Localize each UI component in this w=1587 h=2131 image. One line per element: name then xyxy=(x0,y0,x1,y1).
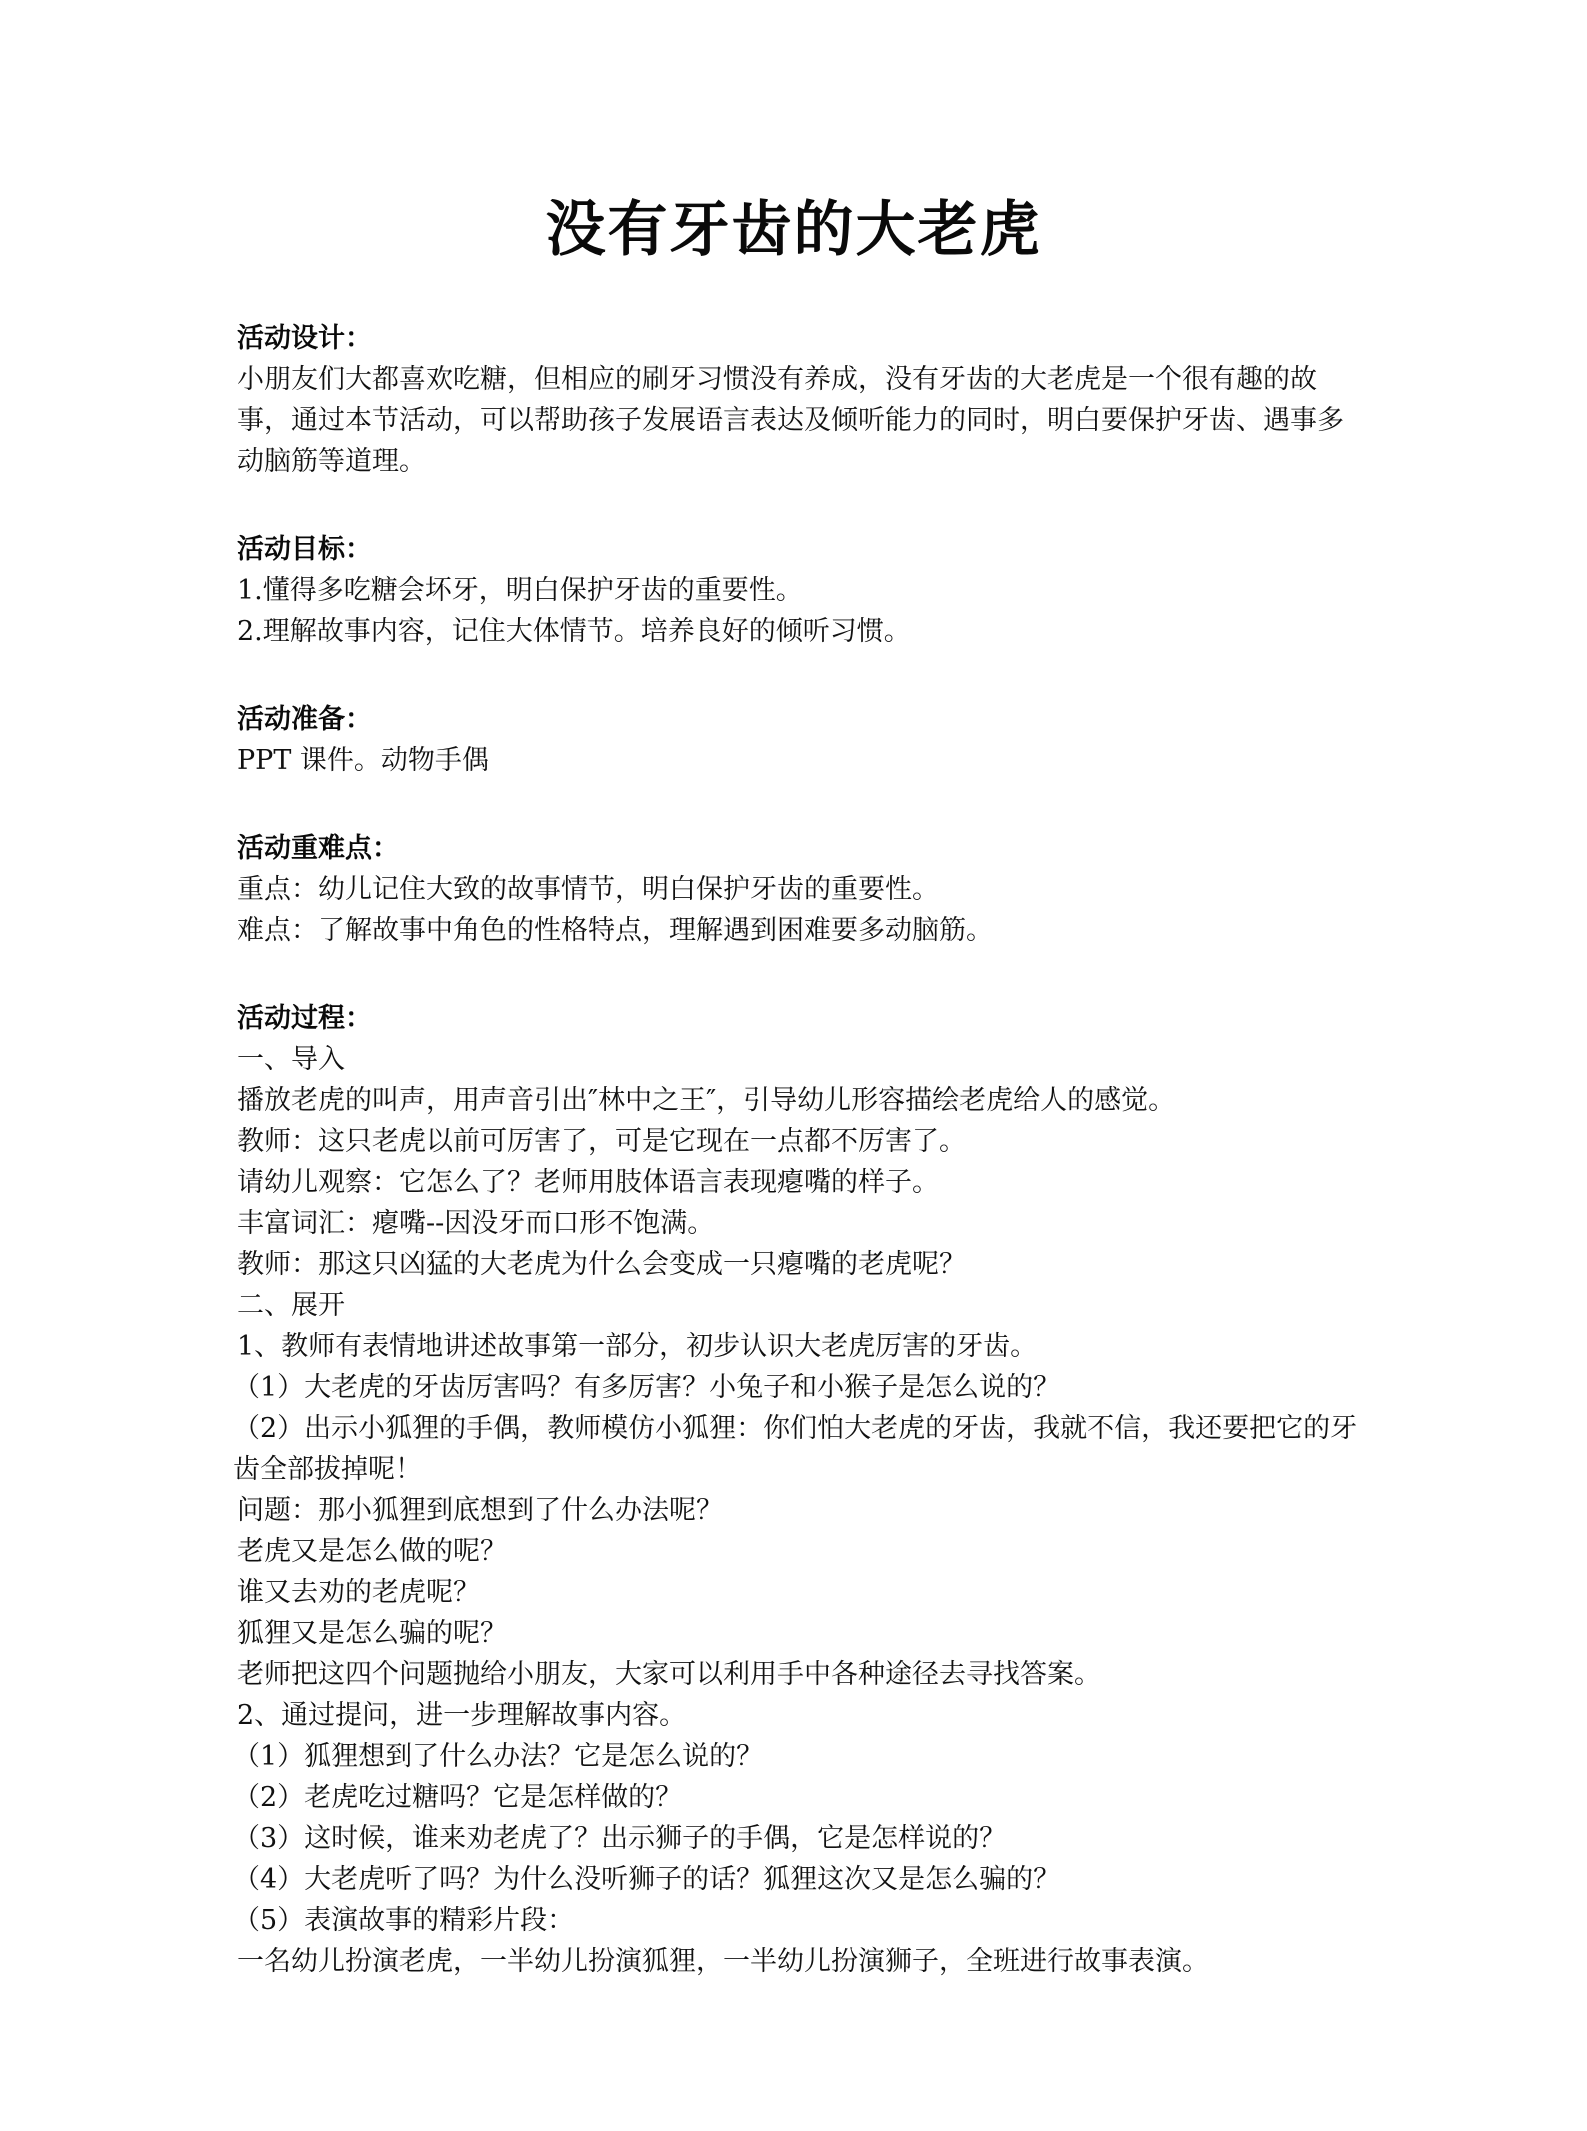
paragraph: 小朋友们大都喜欢吃糖，但相应的刷牙习惯没有养成，没有牙齿的大老虎是一个很有趣的故… xyxy=(237,359,1367,482)
paragraph: 一名幼儿扮演老虎，一半幼儿扮演狐狸，一半幼儿扮演狮子，全班进行故事表演。 xyxy=(237,1941,1367,1982)
sub-step: （1）狐狸想到了什么办法？它是怎么说的？ xyxy=(233,1736,1367,1777)
section-activity-process: 活动过程： 一、导入 播放老虎的叫声，用声音引出″林中之王″，引导幼儿形容描绘老… xyxy=(237,998,1367,1982)
sub-step: （2）老虎吃过糖吗？它是怎样做的？ xyxy=(233,1777,1367,1818)
subheading-introduction: 一、导入 xyxy=(237,1039,1367,1080)
sub-step: （1）大老虎的牙齿厉害吗？有多厉害？小兔子和小猴子是怎么说的？ xyxy=(233,1367,1367,1408)
section-key-difficult-points: 活动重难点： 重点：幼儿记住大致的故事情节，明白保护牙齿的重要性。 难点：了解故… xyxy=(237,828,1367,951)
numbered-step: 2、通过提问，进一步理解故事内容。 xyxy=(237,1695,1367,1736)
question: 老虎又是怎么做的呢？ xyxy=(237,1531,1367,1572)
paragraph: 丰富词汇：瘪嘴--因没牙而口形不饱满。 xyxy=(237,1203,1367,1244)
section-activity-preparation: 活动准备： PPT 课件。动物手偶 xyxy=(237,699,1367,781)
difficult-point: 难点：了解故事中角色的性格特点，理解遇到困难要多动脑筋。 xyxy=(237,910,1367,951)
numbered-step: 1、教师有表情地讲述故事第一部分，初步认识大老虎厉害的牙齿。 xyxy=(237,1326,1367,1367)
list-item: 2.理解故事内容，记住大体情节。培养良好的倾听习惯。 xyxy=(237,611,1367,652)
question: 谁又去劝的老虎呢？ xyxy=(237,1572,1367,1613)
sub-step: （2）出示小狐狸的手偶，教师模仿小狐狸：你们怕大老虎的牙齿，我就不信，我还要把它… xyxy=(233,1408,1367,1490)
key-point: 重点：幼儿记住大致的故事情节，明白保护牙齿的重要性。 xyxy=(237,869,1367,910)
document-body: 活动设计： 小朋友们大都喜欢吃糖，但相应的刷牙习惯没有养成，没有牙齿的大老虎是一… xyxy=(237,318,1367,1982)
sub-step: （4）大老虎听了吗？为什么没听狮子的话？狐狸这次又是怎么骗的？ xyxy=(233,1859,1367,1900)
paragraph: 播放老虎的叫声，用声音引出″林中之王″，引导幼儿形容描绘老虎给人的感觉。 xyxy=(237,1080,1367,1121)
subheading-development: 二、展开 xyxy=(237,1285,1367,1326)
paragraph: 教师：那这只凶猛的大老虎为什么会变成一只瘪嘴的老虎呢？ xyxy=(237,1244,1367,1285)
paragraph: PPT 课件。动物手偶 xyxy=(237,740,1367,781)
document-title: 没有牙齿的大老虎 xyxy=(0,190,1587,270)
paragraph: 教师：这只老虎以前可厉害了，可是它现在一点都不厉害了。 xyxy=(237,1121,1367,1162)
sub-step: （3）这时候，谁来劝老虎了？出示狮子的手偶，它是怎样说的？ xyxy=(233,1818,1367,1859)
section-activity-design: 活动设计： 小朋友们大都喜欢吃糖，但相应的刷牙习惯没有养成，没有牙齿的大老虎是一… xyxy=(237,318,1367,482)
question: 问题：那小狐狸到底想到了什么办法呢？ xyxy=(237,1490,1367,1531)
section-heading: 活动准备： xyxy=(237,699,1367,740)
section-heading: 活动目标： xyxy=(237,529,1367,570)
section-heading: 活动过程： xyxy=(237,998,1367,1039)
list-item: 1.懂得多吃糖会坏牙，明白保护牙齿的重要性。 xyxy=(237,570,1367,611)
question: 狐狸又是怎么骗的呢？ xyxy=(237,1613,1367,1654)
section-activity-goals: 活动目标： 1.懂得多吃糖会坏牙，明白保护牙齿的重要性。 2.理解故事内容，记住… xyxy=(237,529,1367,652)
sub-step: （5）表演故事的精彩片段： xyxy=(233,1900,1367,1941)
paragraph: 老师把这四个问题抛给小朋友，大家可以利用手中各种途径去寻找答案。 xyxy=(237,1654,1367,1695)
paragraph: 请幼儿观察：它怎么了？老师用肢体语言表现瘪嘴的样子。 xyxy=(237,1162,1367,1203)
section-heading: 活动设计： xyxy=(237,318,1367,359)
section-heading: 活动重难点： xyxy=(237,828,1367,869)
document-page: 没有牙齿的大老虎 活动设计： 小朋友们大都喜欢吃糖，但相应的刷牙习惯没有养成，没… xyxy=(0,0,1587,2131)
